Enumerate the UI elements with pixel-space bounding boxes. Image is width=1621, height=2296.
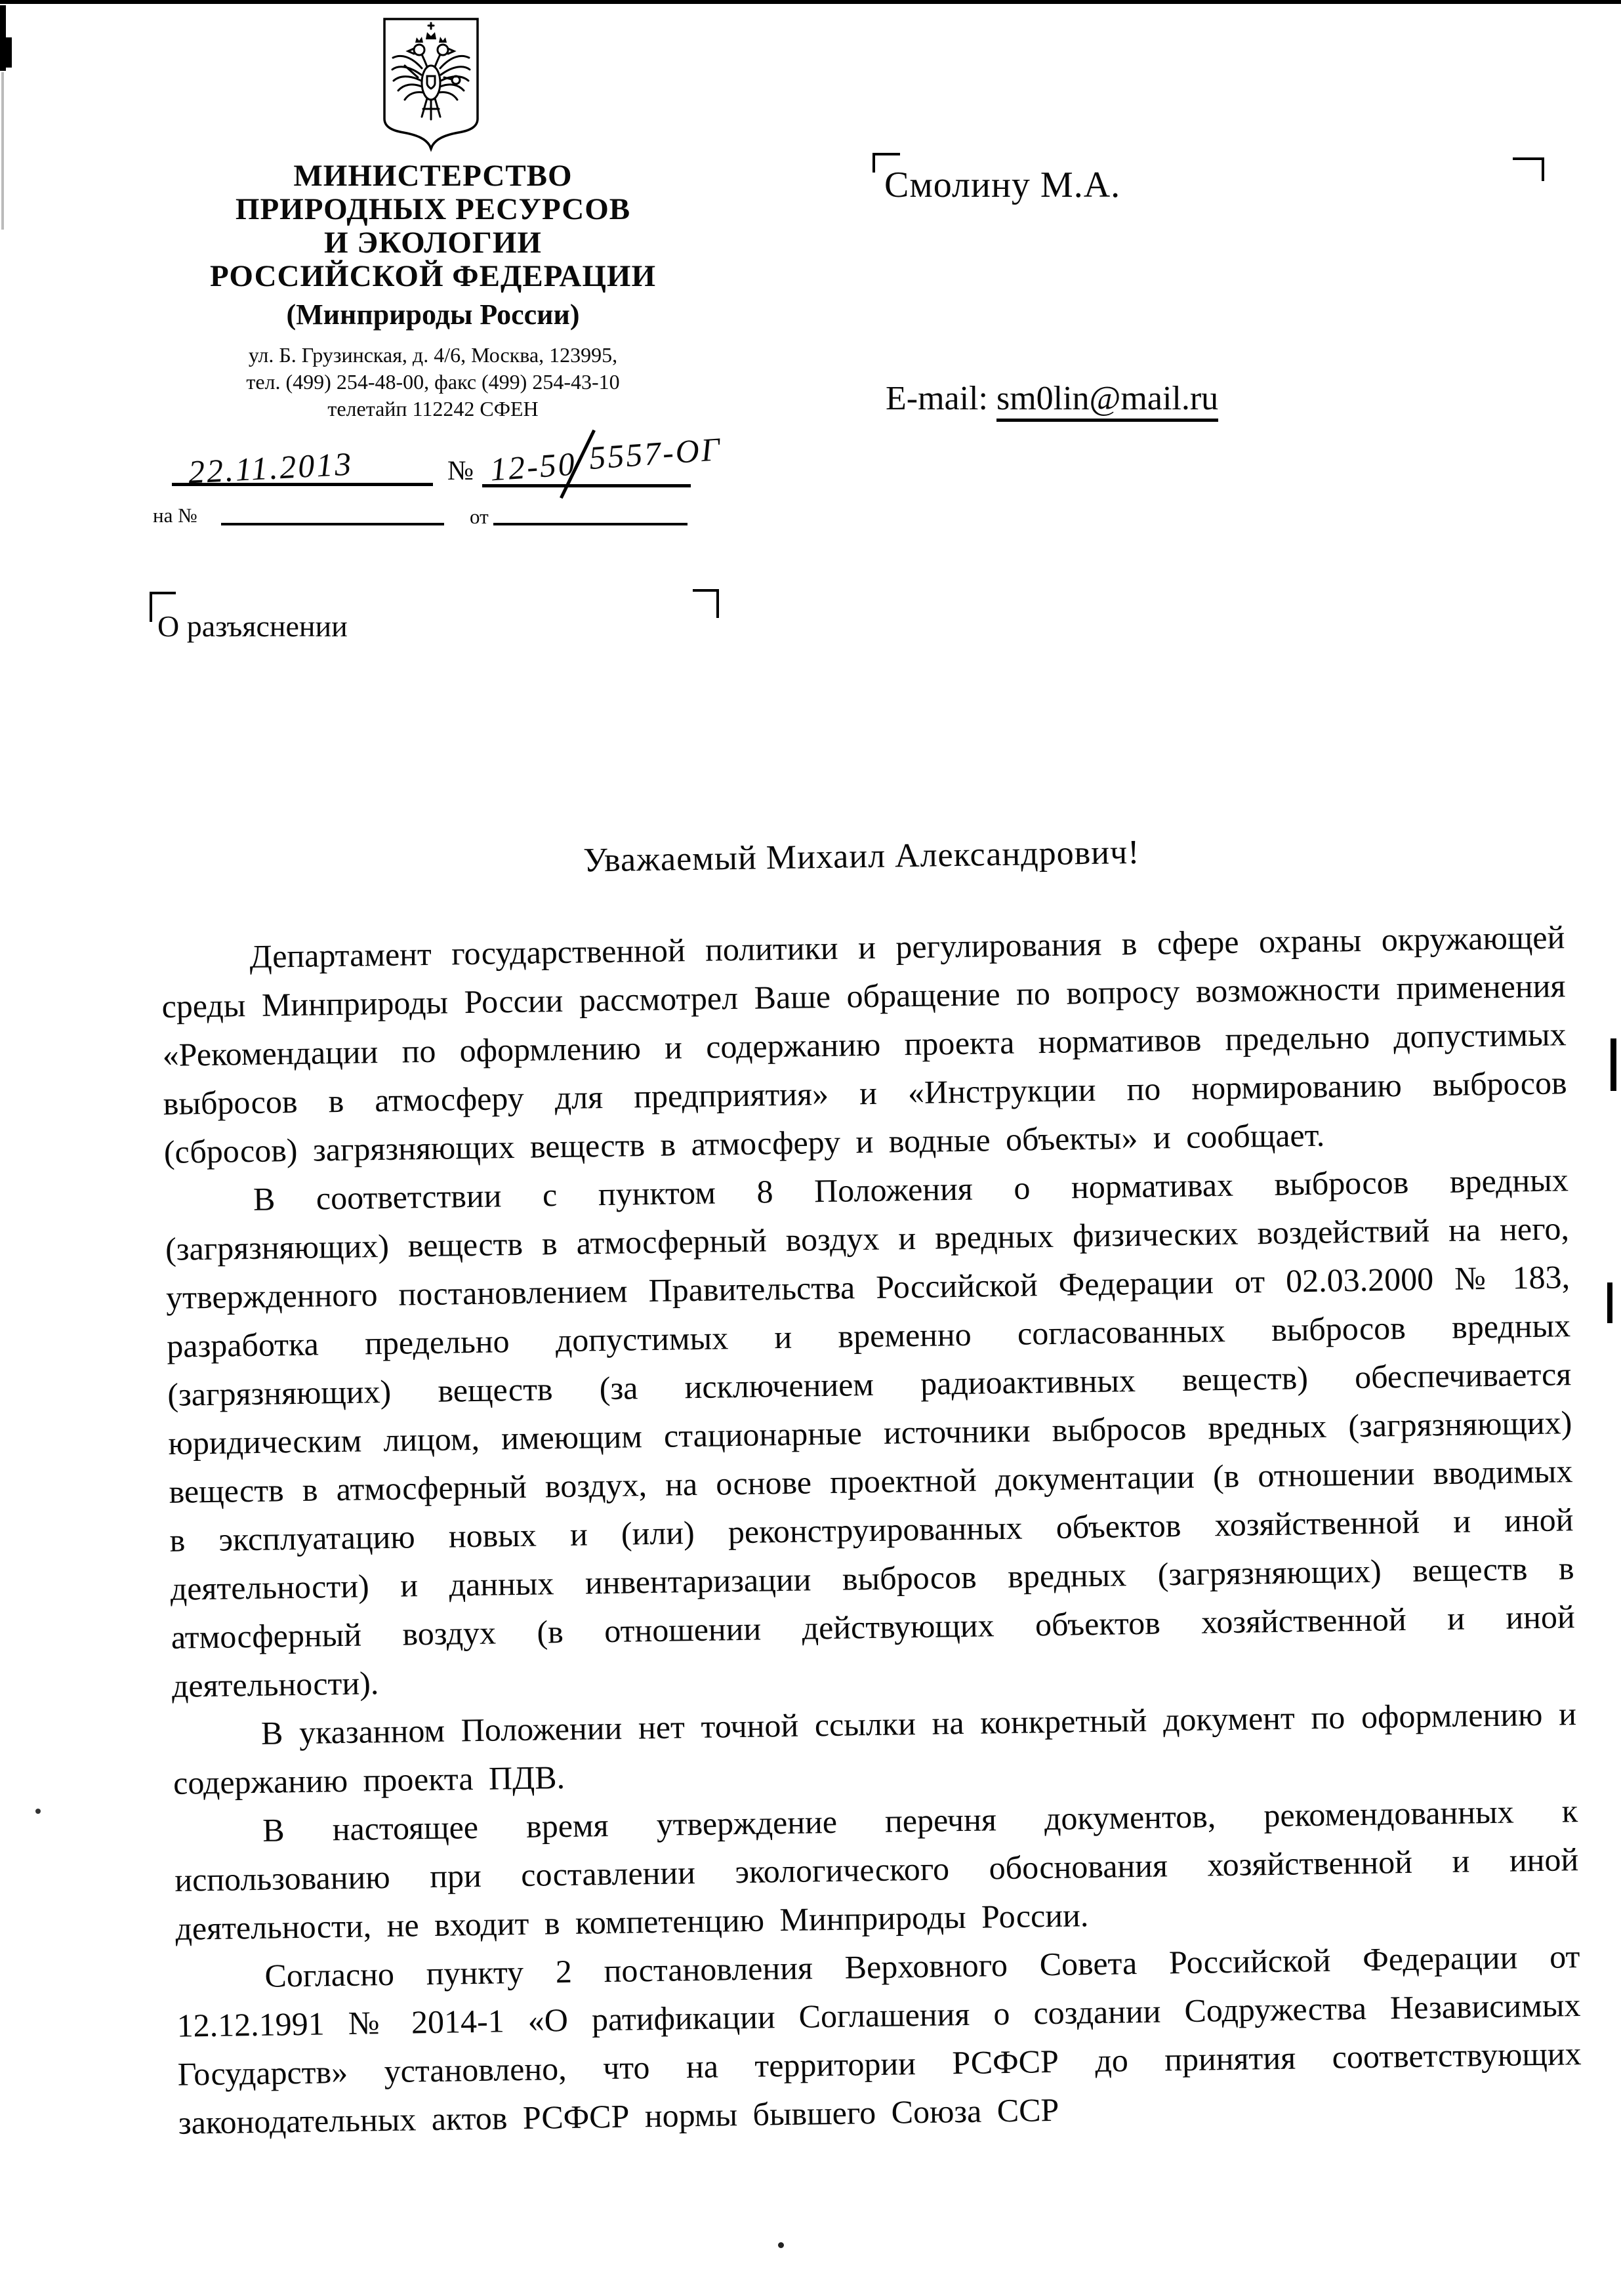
right-margin-tick-mark bbox=[1611, 1038, 1616, 1091]
body-paragraph: Согласно пункту 2 постановления Верховно… bbox=[176, 1932, 1582, 2147]
letterhead: МИНИСТЕРСТВО ПРИРОДНЫХ РЕСУРСОВ И ЭКОЛОГ… bbox=[121, 159, 745, 422]
address-line: ул. Б. Грузинская, д. 4/6, Москва, 12399… bbox=[121, 342, 745, 369]
ref-date-underline bbox=[172, 483, 433, 486]
address-line: тел. (499) 254-48-00, факс (499) 254-43-… bbox=[121, 369, 745, 396]
from-label: от bbox=[470, 505, 489, 529]
ref-number-part2: 5557-ОГ bbox=[588, 430, 723, 477]
scan-speck bbox=[778, 2242, 784, 2248]
scan-edge-left-blob-artifact bbox=[0, 37, 12, 68]
salutation: Уважаемый Михаил Александрович! bbox=[159, 827, 1564, 886]
scan-edge-left-faint-artifact bbox=[1, 72, 4, 230]
number-sign-label: № bbox=[447, 455, 474, 487]
reply-to-label: на № bbox=[153, 504, 197, 527]
scan-edge-top-artifact bbox=[0, 0, 1621, 4]
ministry-name-line: МИНИСТЕРСТВО bbox=[121, 159, 745, 193]
ref-number-part1: 12-50 bbox=[489, 444, 577, 488]
from-underline bbox=[493, 523, 687, 525]
ref-number-underline bbox=[482, 484, 691, 487]
ministry-name-line: И ЭКОЛОГИИ bbox=[121, 226, 745, 260]
body-paragraph: В соответствии с пунктом 8 Положения о н… bbox=[164, 1155, 1576, 1710]
scan-speck bbox=[35, 1809, 41, 1814]
body-paragraph: В настоящее время утверждение перечня до… bbox=[174, 1786, 1580, 1953]
scanned-letter-page: МИНИСТЕРСТВО ПРИРОДНЫХ РЕСУРСОВ И ЭКОЛОГ… bbox=[0, 0, 1621, 2296]
email-label: E-mail: bbox=[886, 380, 988, 417]
reply-to-underline bbox=[221, 523, 444, 525]
coat-of-arms-emblem bbox=[379, 14, 483, 157]
recipient-corner-mark-right bbox=[1513, 157, 1544, 181]
subject-line: О разъяснении bbox=[157, 609, 348, 644]
body-paragraph: Департамент государственной политики и р… bbox=[161, 912, 1568, 1176]
address-line: телетайп 112242 СФЕН bbox=[121, 396, 745, 422]
ministry-short-name: (Минприроды России) bbox=[121, 297, 745, 333]
ministry-name-line: ПРИРОДНЫХ РЕСУРСОВ bbox=[121, 193, 745, 226]
letter-body: Уважаемый Михаил Александрович! Департам… bbox=[159, 827, 1582, 2147]
letterhead-address: ул. Б. Грузинская, д. 4/6, Москва, 12399… bbox=[121, 342, 745, 422]
email-address: sm0lin@mail.ru bbox=[996, 380, 1218, 422]
recipient-name: Смолину М.А. bbox=[884, 164, 1120, 206]
subject-corner-mark-right bbox=[693, 589, 719, 618]
ministry-name-line: РОССИЙСКОЙ ФЕДЕРАЦИИ bbox=[121, 260, 745, 293]
email-line: E-mail: sm0lin@mail.ru bbox=[886, 379, 1218, 418]
right-margin-tick-mark bbox=[1607, 1282, 1612, 1323]
